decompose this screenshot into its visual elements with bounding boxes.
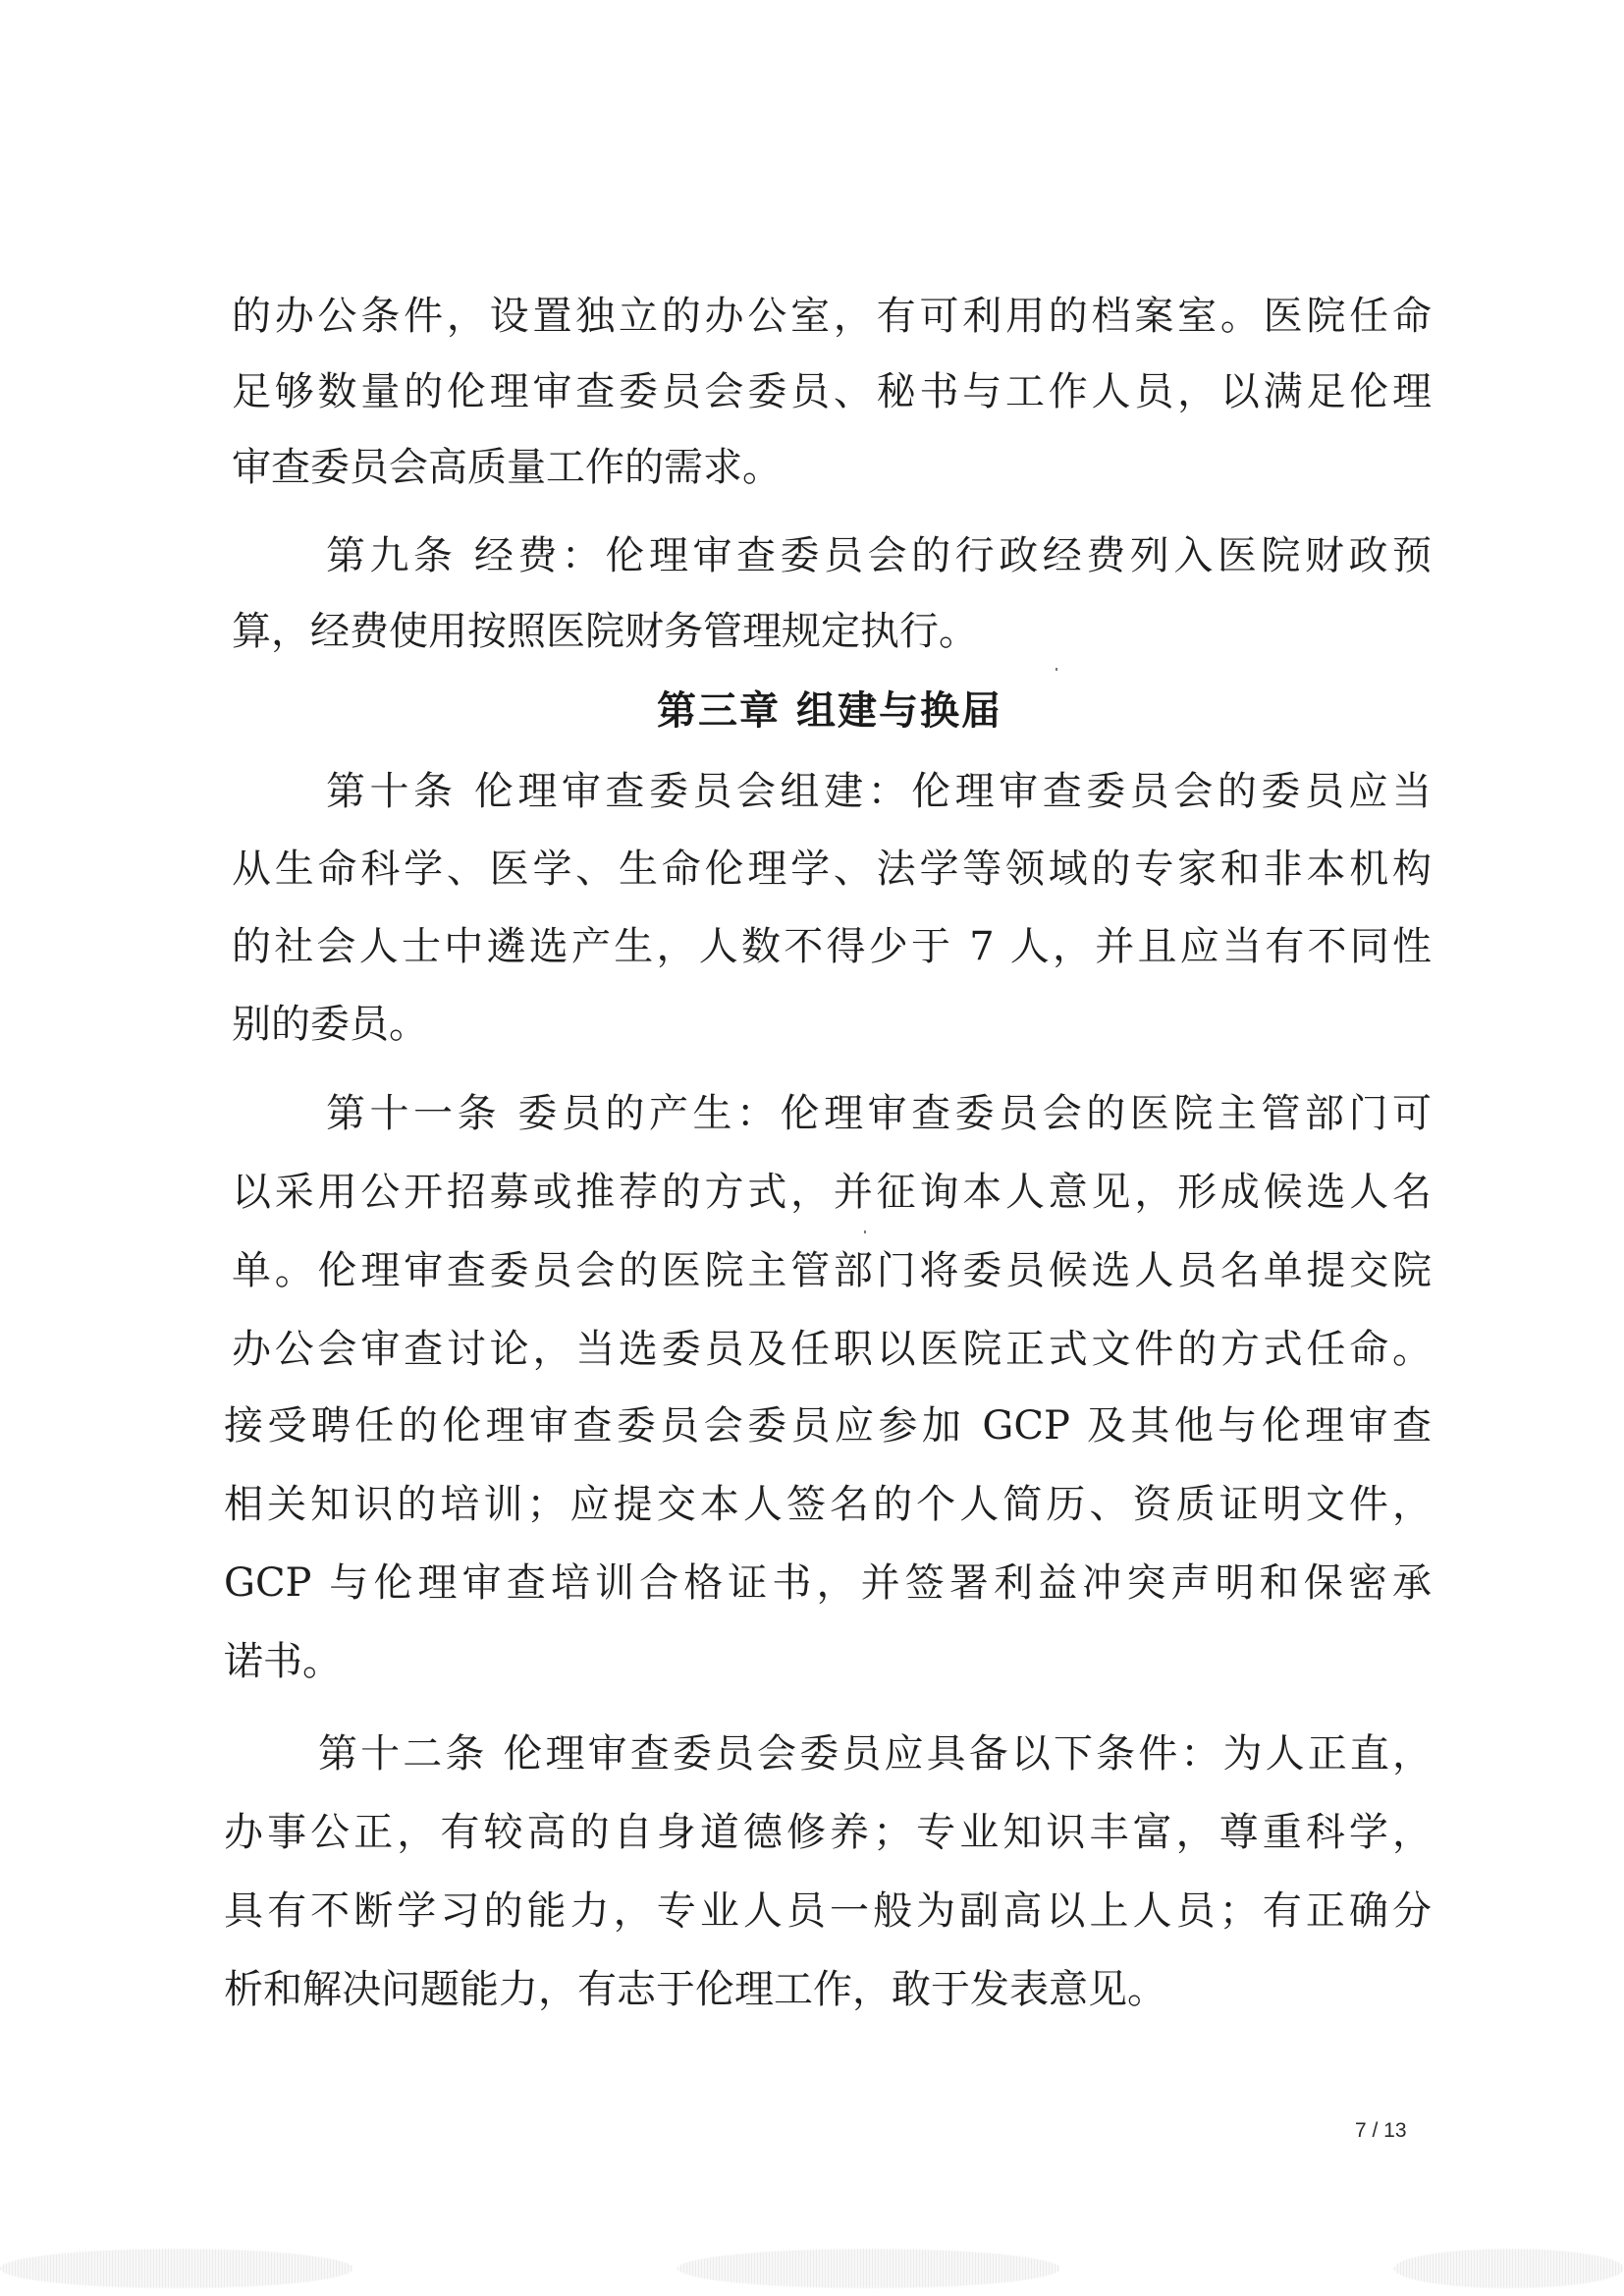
- page-number: 7 / 13: [1355, 2119, 1407, 2143]
- text-line: 相关知识的培训；应提交本人签名的个人简历、资质证明文件，: [224, 1481, 1432, 1528]
- scan-artifact: [0, 2249, 353, 2288]
- text-line: 的办公条件，设置独立的办公室，有可利用的档案室。医院任命: [232, 293, 1432, 340]
- text-line: 以采用公开招募或推荐的方式，并征询本人意见，形成候选人名: [232, 1169, 1432, 1216]
- document-page: 的办公条件，设置独立的办公室，有可利用的档案室。医院任命 足够数量的伦理审查委员…: [0, 0, 1624, 2296]
- text-line: 析和解决问题能力，有志于伦理工作，敢于发表意见。: [224, 1966, 1432, 2013]
- text-line: 第十二条 伦理审查委员会委员应具备以下条件：为人正直，: [224, 1730, 1432, 1777]
- scan-speck: [864, 1230, 866, 1233]
- text-line: 办公会审查讨论，当选委员及任职以医院正式文件的方式任命。: [232, 1326, 1432, 1373]
- text-line: 办事公正，有较高的自身道德修养；专业知识丰富，尊重科学，: [224, 1809, 1432, 1856]
- text-line: 接受聘任的伦理审查委员会委员应参加 GCP 及其他与伦理审查: [224, 1402, 1432, 1449]
- text-line: 单。伦理审查委员会的医院主管部门将委员候选人员名单提交院: [232, 1247, 1432, 1294]
- text-line: 的社会人士中遴选产生，人数不得少于 7 人，并且应当有不同性: [232, 923, 1432, 970]
- text-line: 足够数量的伦理审查委员会委员、秘书与工作人员，以满足伦理: [232, 368, 1432, 415]
- text-line: 具有不断学习的能力，专业人员一般为副高以上人员；有正确分: [224, 1887, 1432, 1935]
- text-line: 从生命科学、医学、生命伦理学、法学等领域的专家和非本机构: [232, 846, 1432, 893]
- text-line: 第九条 经费：伦理审查委员会的行政经费列入医院财政预: [232, 532, 1432, 579]
- text-line: 算，经费使用按照医院财务管理规定执行。: [232, 608, 1432, 655]
- text-line: 诺书。: [224, 1638, 1432, 1685]
- text-line: 第十一条 委员的产生：伦理审查委员会的医院主管部门可: [232, 1090, 1432, 1137]
- text-line: GCP 与伦理审查培训合格证书，并签署利益冲突声明和保密承: [224, 1559, 1432, 1607]
- text-line: 审查委员会高质量工作的需求。: [232, 444, 1432, 491]
- scan-artifact: [677, 2249, 1060, 2288]
- scan-artifact: [1394, 2249, 1624, 2288]
- chapter-heading: 第三章 组建与换届: [0, 685, 1624, 737]
- text-line: 别的委员。: [232, 1001, 1432, 1048]
- text-line: 第十条 伦理审查委员会组建：伦理审查委员会的委员应当: [232, 768, 1432, 815]
- scan-speck: [1056, 668, 1057, 671]
